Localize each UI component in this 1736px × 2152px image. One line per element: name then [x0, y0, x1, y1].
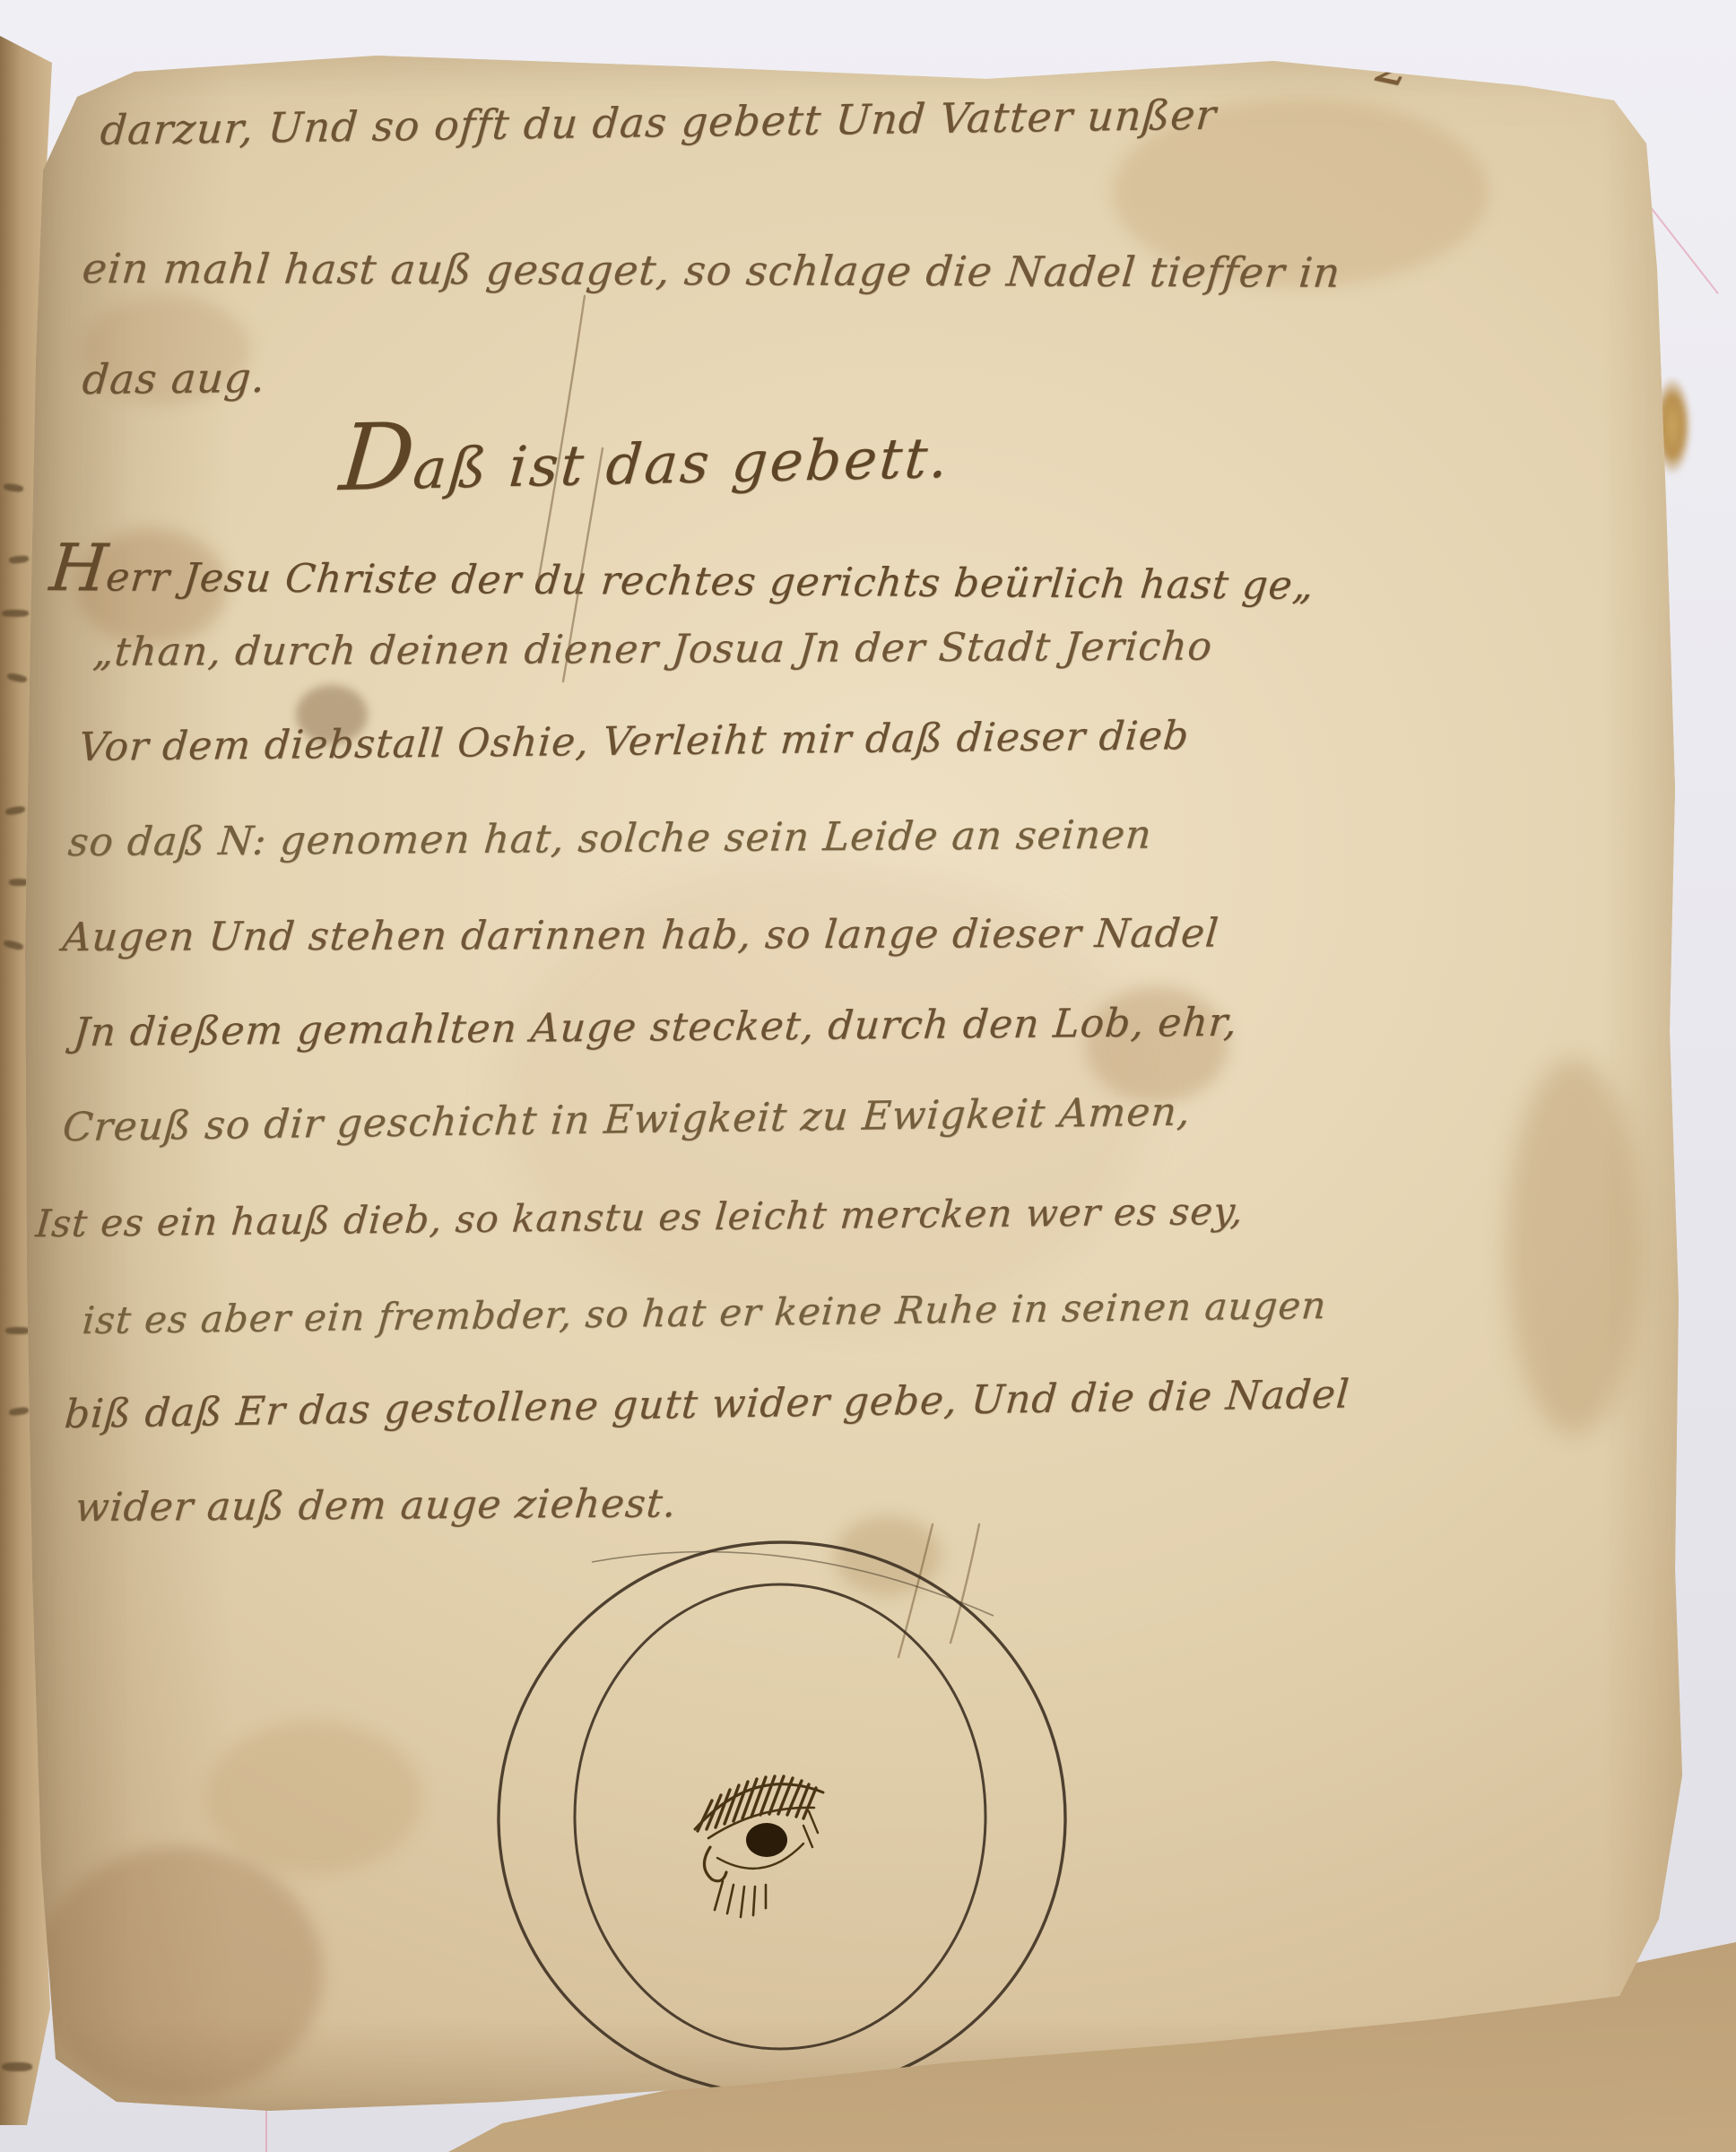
inner-circle — [575, 1584, 985, 2049]
bleed-through-mark — [2, 610, 29, 617]
eye-in-circles-drawing — [499, 1542, 1065, 2095]
bleed-through-mark — [9, 1407, 30, 1417]
bleed-through-mark — [5, 1327, 30, 1334]
bleed-through-mark — [9, 879, 29, 886]
outer-circle — [499, 1542, 1065, 2095]
bleed-through-mark — [6, 672, 27, 683]
ink-drawing-layer — [0, 0, 1736, 2152]
pupil — [746, 1823, 787, 1857]
photograph-of-manuscript: 2 darzur, Und so offt du das gebett Und … — [0, 0, 1736, 2152]
bleed-through-mark — [2, 2062, 32, 2071]
bleed-through-mark — [4, 483, 24, 493]
stray-flourish-strokes — [538, 296, 979, 1657]
eye-drawing — [695, 1776, 823, 1917]
bleed-through-mark — [4, 805, 25, 816]
bleed-through-mark — [9, 555, 30, 564]
manuscript-page: 2 darzur, Und so offt du das gebett Und … — [0, 0, 1736, 2152]
lower-lashes — [715, 1881, 766, 1917]
bleed-through-mark — [3, 939, 23, 950]
